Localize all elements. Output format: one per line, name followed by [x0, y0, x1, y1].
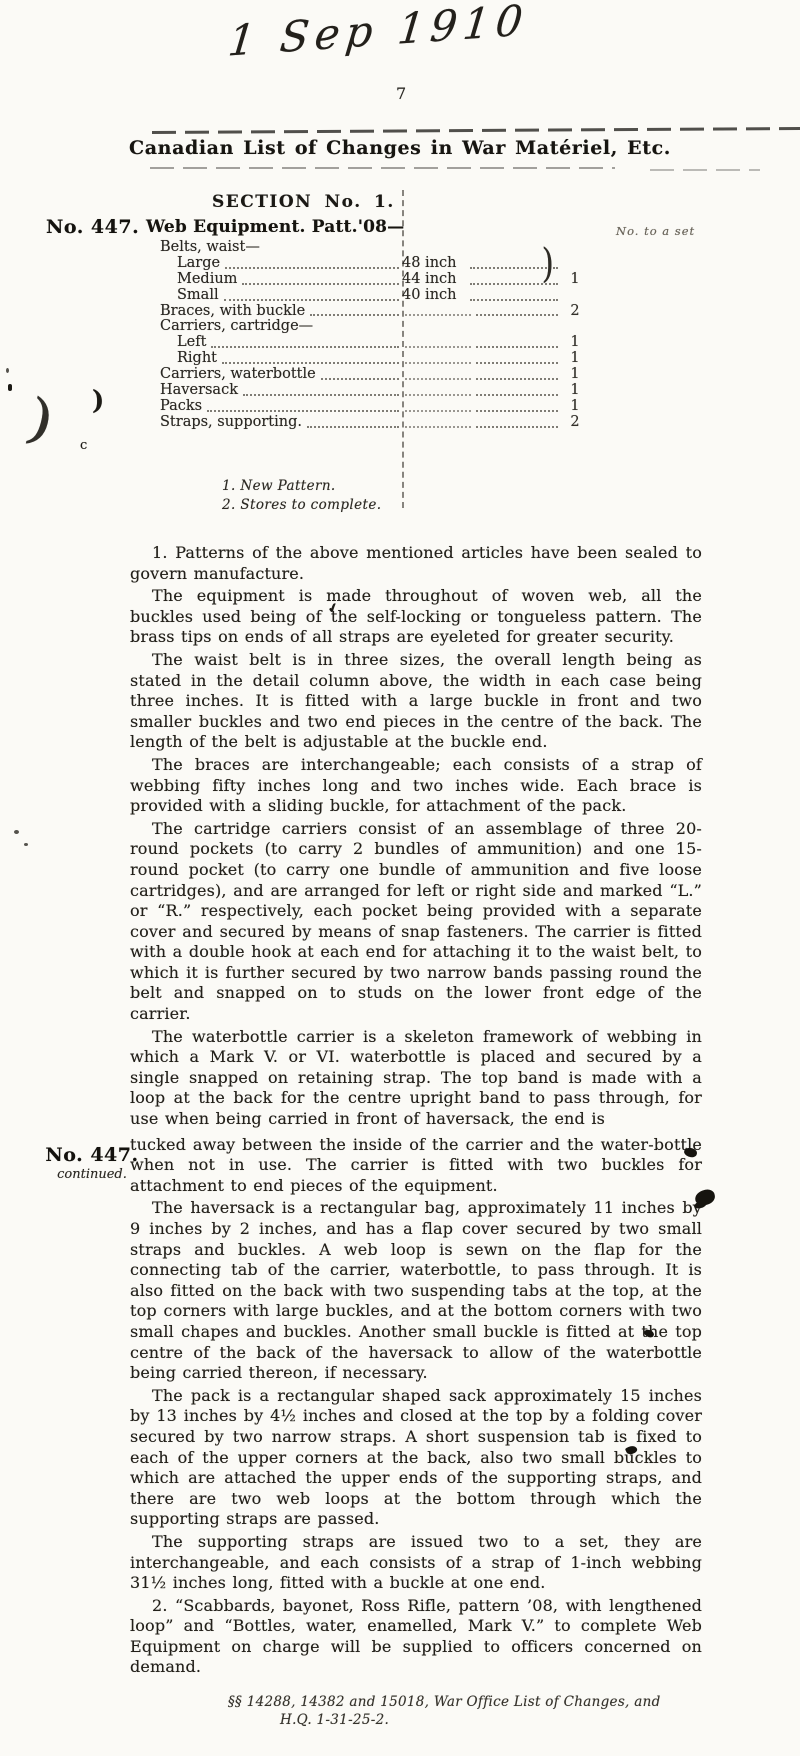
item-qty: 1	[560, 335, 590, 351]
page-number: 7	[396, 84, 406, 103]
dot-leaders	[310, 314, 399, 316]
item-label: Carriers, cartridge—	[160, 319, 313, 335]
section-block: SECTION No. 1. No. 447. Web Equipment. P…	[0, 190, 800, 520]
item-detail: 44 inch	[402, 272, 468, 288]
dot-leaders	[224, 299, 399, 301]
header-rule-bottom	[150, 167, 615, 169]
item-qty: 1	[560, 383, 590, 399]
paragraph: The waterbottle carrier is a skeleton fr…	[130, 1027, 702, 1130]
entry-continued-label: No. 447. continued.	[42, 1144, 142, 1182]
table-row: Haversack 1	[160, 383, 590, 399]
ink-mark-small: c	[80, 438, 87, 453]
item-label: Right	[160, 351, 217, 367]
item-qty: 1	[560, 399, 590, 415]
footnote-1: 1. New Pattern.	[222, 478, 381, 494]
table-row: Straps, supporting. 2	[160, 415, 590, 431]
dot-leaders	[470, 299, 558, 301]
item-detail: 40 inch	[402, 288, 468, 304]
handwritten-date: 1 Sep 1910	[226, 0, 531, 66]
dot-leaders	[222, 362, 399, 364]
dot-leaders	[476, 378, 558, 380]
dot-leaders	[207, 410, 399, 412]
item-detail	[405, 409, 471, 412]
document-page: 1 Sep 1910 7 Canadian List of Changes in…	[0, 0, 800, 1756]
header-rule-top	[152, 127, 800, 133]
paragraph: The waist belt is in three sizes, the ov…	[130, 650, 702, 753]
dot-leaders	[243, 394, 399, 396]
item-qty: 2	[560, 415, 590, 431]
entry-number: No. 447.	[46, 216, 139, 238]
item-qty: 1	[560, 367, 590, 383]
item-label: Carriers, waterbottle	[160, 367, 316, 383]
ink-speck	[24, 843, 28, 846]
ink-speck	[6, 368, 9, 373]
item-detail	[405, 313, 471, 316]
paragraph: The braces are interchangeable; each con…	[130, 755, 702, 817]
table-row: Belts, waist—	[160, 240, 590, 256]
table-row: Large 48 inch	[160, 256, 590, 272]
item-label: Left	[160, 335, 206, 351]
table-row: Right 1	[160, 351, 590, 367]
table-row: Carriers, cartridge—	[160, 319, 590, 335]
paragraph-continued: tucked away between the inside of the ca…	[130, 1135, 702, 1197]
dot-leaders	[242, 283, 399, 285]
section-heading: SECTION No. 1.	[212, 192, 395, 212]
item-detail	[405, 377, 471, 380]
paragraph: The equipment is made throughout of wove…	[130, 586, 702, 648]
footer-citation: §§ 14288, 14382 and 15018, War Office Li…	[228, 1694, 708, 1728]
item-qty: 1	[560, 351, 590, 367]
paragraph: 2. “Scabbards, bayonet, Ross Rifle, patt…	[130, 1596, 702, 1678]
table-row: Left 1	[160, 335, 590, 351]
entry-title: Web Equipment. Patt.'08—	[146, 217, 404, 237]
continued-entry-number: No. 447.	[42, 1144, 142, 1166]
dot-leaders	[321, 378, 399, 380]
item-label: Belts, waist—	[160, 240, 260, 256]
item-detail	[405, 393, 471, 396]
body-text: 1. Patterns of the above mentioned artic…	[130, 543, 702, 1680]
document-title: Canadian List of Changes in War Matériel…	[0, 137, 800, 159]
paragraph: The pack is a rectangular shaped sack ap…	[130, 1386, 702, 1530]
table-row: Small 40 inch	[160, 288, 590, 304]
paragraph: The cartridge carriers consist of an ass…	[130, 819, 702, 1025]
item-detail: 48 inch	[402, 256, 468, 272]
table-row: Carriers, waterbottle 1	[160, 367, 590, 383]
item-label: Braces, with buckle	[160, 304, 305, 320]
item-label: Large	[160, 256, 220, 272]
footer-line-1: §§ 14288, 14382 and 15018, War Office Li…	[228, 1694, 708, 1710]
item-qty: 2	[560, 304, 590, 320]
dot-leaders	[476, 362, 558, 364]
item-detail	[405, 361, 471, 364]
continued-text: continued.	[42, 1167, 142, 1182]
dot-leaders	[476, 410, 558, 412]
quantity-column-header: No. to a set	[616, 224, 695, 238]
dot-leaders	[476, 394, 558, 396]
ink-mark-paren: )	[92, 386, 104, 416]
item-detail	[405, 345, 471, 348]
footnote-2: 2. Stores to complete.	[222, 497, 381, 513]
table-row: Medium 44 inch 1	[160, 272, 590, 288]
ink-speck	[14, 830, 19, 834]
footer-line-2: H.Q. 1-31-25-2.	[280, 1712, 708, 1728]
item-label: Haversack	[160, 383, 238, 399]
dot-leaders	[307, 426, 399, 428]
table-row: Braces, with buckle 2	[160, 304, 590, 320]
paragraph: 1. Patterns of the above mentioned artic…	[130, 543, 702, 584]
item-label: Small	[160, 288, 219, 304]
equipment-table: Belts, waist— Large 48 inch Medium 44 in…	[160, 240, 590, 431]
item-label: Straps, supporting.	[160, 415, 302, 431]
dot-leaders	[225, 267, 399, 269]
dot-leaders	[476, 314, 558, 316]
item-qty: 1	[560, 272, 590, 288]
item-detail	[405, 425, 471, 428]
paragraph: The supporting straps are issued two to …	[130, 1532, 702, 1594]
item-label: Packs	[160, 399, 202, 415]
item-label: Medium	[160, 272, 237, 288]
table-row: Packs 1	[160, 399, 590, 415]
dot-leaders	[476, 426, 558, 428]
ink-speck	[8, 384, 12, 391]
paragraph: The haversack is a rectangular bag, appr…	[130, 1198, 702, 1383]
table-footnotes: 1. New Pattern. 2. Stores to complete.	[222, 478, 381, 516]
header-rule-bottom-fragment	[650, 169, 760, 171]
dot-leaders	[476, 346, 558, 348]
dot-leaders	[211, 346, 399, 348]
belt-sizes-brace: )	[542, 244, 554, 284]
